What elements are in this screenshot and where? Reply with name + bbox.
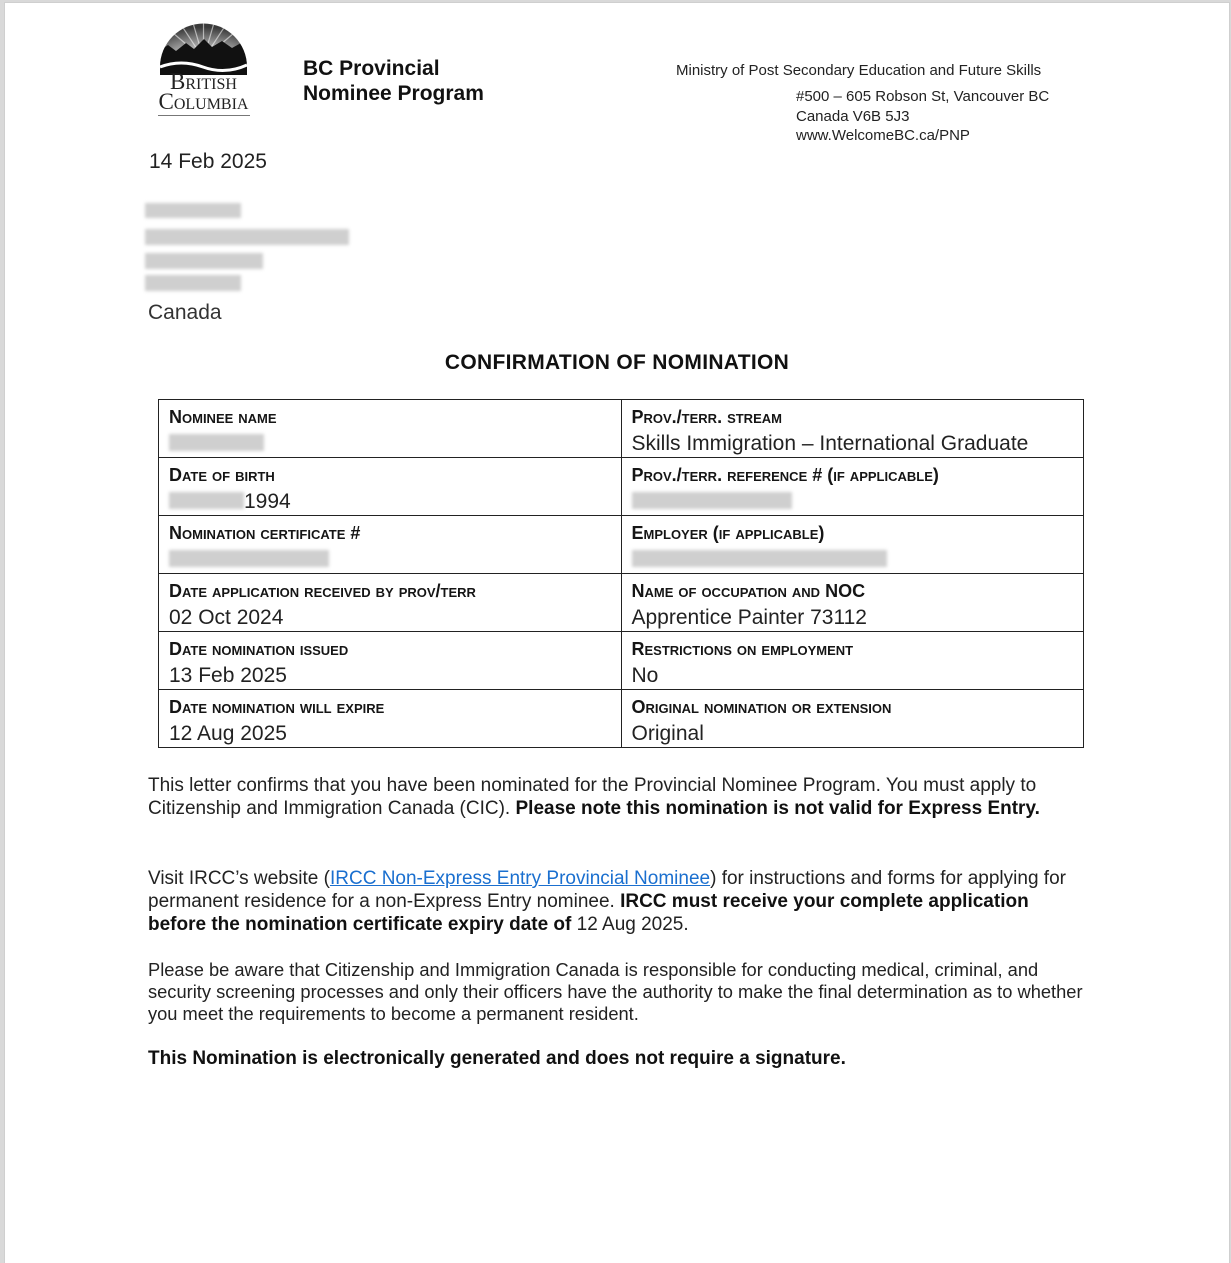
field-label: Employer (if applicable) <box>632 520 1074 546</box>
field-value: 12 Aug 2025 <box>169 720 611 747</box>
field-value: Apprentice Painter 73112 <box>632 604 1074 631</box>
field-label: Original nomination or extension <box>632 694 1074 720</box>
field-label: Name of occupation and NOC <box>632 578 1074 604</box>
table-cell: Name of occupation and NOCApprentice Pai… <box>621 574 1084 632</box>
field-value <box>169 430 611 457</box>
recipient-country: Canada <box>148 301 222 325</box>
british-columbia-logo: British Columbia <box>146 15 261 119</box>
redacted-line <box>145 253 263 269</box>
table-cell: Nominee name <box>159 400 622 458</box>
table-cell: Prov./terr. reference # (if applicable) <box>621 458 1084 516</box>
paragraph-instructions: Visit IRCC’s website (IRCC Non-Express E… <box>148 867 1083 936</box>
document-title: CONFIRMATION OF NOMINATION <box>5 351 1229 375</box>
field-label: Prov./terr. reference # (if applicable) <box>632 462 1074 488</box>
field-label: Date nomination will expire <box>169 694 611 720</box>
logo-text-columbia: Columbia <box>146 93 261 111</box>
field-value: 13 Feb 2025 <box>169 662 611 689</box>
program-line-1: BC Provincial <box>303 56 484 81</box>
table-cell: Nomination certificate # <box>159 516 622 574</box>
paragraph-confirmation: This letter confirms that you have been … <box>148 774 1083 820</box>
table-row: Date nomination issued13 Feb 2025Restric… <box>159 632 1084 690</box>
logo-underline <box>158 115 250 116</box>
paragraph-text: Visit IRCC’s website ( <box>148 868 330 889</box>
redacted-line <box>145 229 349 245</box>
field-value: Skills Immigration – International Gradu… <box>632 430 1074 457</box>
table-cell: Restrictions on employmentNo <box>621 632 1084 690</box>
table-cell: Date application received by prov/terr02… <box>159 574 622 632</box>
field-label: Nomination certificate # <box>169 520 611 546</box>
program-line-2: Nominee Program <box>303 81 484 106</box>
ministry-address: #500 – 605 Robson St, Vancouver BC Canad… <box>796 87 1049 146</box>
table-cell: Date of birth1994 <box>159 458 622 516</box>
redacted-value <box>169 434 264 451</box>
field-value <box>632 488 1074 515</box>
ministry-name: Ministry of Post Secondary Education and… <box>676 62 1041 79</box>
redacted-line <box>145 203 241 218</box>
table-cell: Date nomination will expire12 Aug 2025 <box>159 690 622 748</box>
table-cell: Date nomination issued13 Feb 2025 <box>159 632 622 690</box>
field-label: Restrictions on employment <box>632 636 1074 662</box>
express-entry-warning: Please note this nomination is not valid… <box>516 798 1040 819</box>
address-street: #500 – 605 Robson St, Vancouver BC <box>796 87 1049 107</box>
paragraph-screening: Please be aware that Citizenship and Imm… <box>148 959 1083 1025</box>
paragraph-signature-notice: This Nomination is electronically genera… <box>148 1047 1083 1070</box>
redacted-value <box>169 550 329 567</box>
field-label: Date nomination issued <box>169 636 611 662</box>
table-row: Date of birth1994Prov./terr. reference #… <box>159 458 1084 516</box>
program-name: BC Provincial Nominee Program <box>303 56 484 106</box>
nomination-details-table: Nominee nameProv./terr. streamSkills Imm… <box>158 399 1084 748</box>
table-row: Nomination certificate #Employer (if app… <box>159 516 1084 574</box>
expiry-date-text: 12 Aug 2025. <box>571 914 688 935</box>
field-label: Date of birth <box>169 462 611 488</box>
ircc-non-express-entry-link[interactable]: IRCC Non-Express Entry Provincial Nomine… <box>330 868 710 889</box>
redacted-value <box>169 492 244 509</box>
letter-date: 14 Feb 2025 <box>149 150 267 174</box>
table-row: Date nomination will expire12 Aug 2025Or… <box>159 690 1084 748</box>
redacted-line <box>145 275 241 291</box>
field-value-text: 1994 <box>244 490 291 513</box>
redacted-value <box>632 492 792 509</box>
table-row: Date application received by prov/terr02… <box>159 574 1084 632</box>
letter-page: British Columbia BC Provincial Nominee P… <box>4 2 1230 1249</box>
redacted-value <box>632 550 887 567</box>
field-value: Original <box>632 720 1074 747</box>
field-value: No <box>632 662 1074 689</box>
address-website: www.WelcomeBC.ca/PNP <box>796 126 1049 146</box>
table-row: Nominee nameProv./terr. streamSkills Imm… <box>159 400 1084 458</box>
table-cell: Employer (if applicable) <box>621 516 1084 574</box>
address-postal: Canada V6B 5J3 <box>796 107 1049 127</box>
field-label: Nominee name <box>169 404 611 430</box>
field-value <box>632 546 1074 573</box>
table-cell: Prov./terr. streamSkills Immigration – I… <box>621 400 1084 458</box>
field-value: 02 Oct 2024 <box>169 604 611 631</box>
table-cell: Original nomination or extensionOriginal <box>621 690 1084 748</box>
field-label: Prov./terr. stream <box>632 404 1074 430</box>
field-value: 1994 <box>169 488 611 515</box>
field-label: Date application received by prov/terr <box>169 578 611 604</box>
field-value <box>169 546 611 573</box>
sunrise-mountain-icon <box>146 15 261 75</box>
